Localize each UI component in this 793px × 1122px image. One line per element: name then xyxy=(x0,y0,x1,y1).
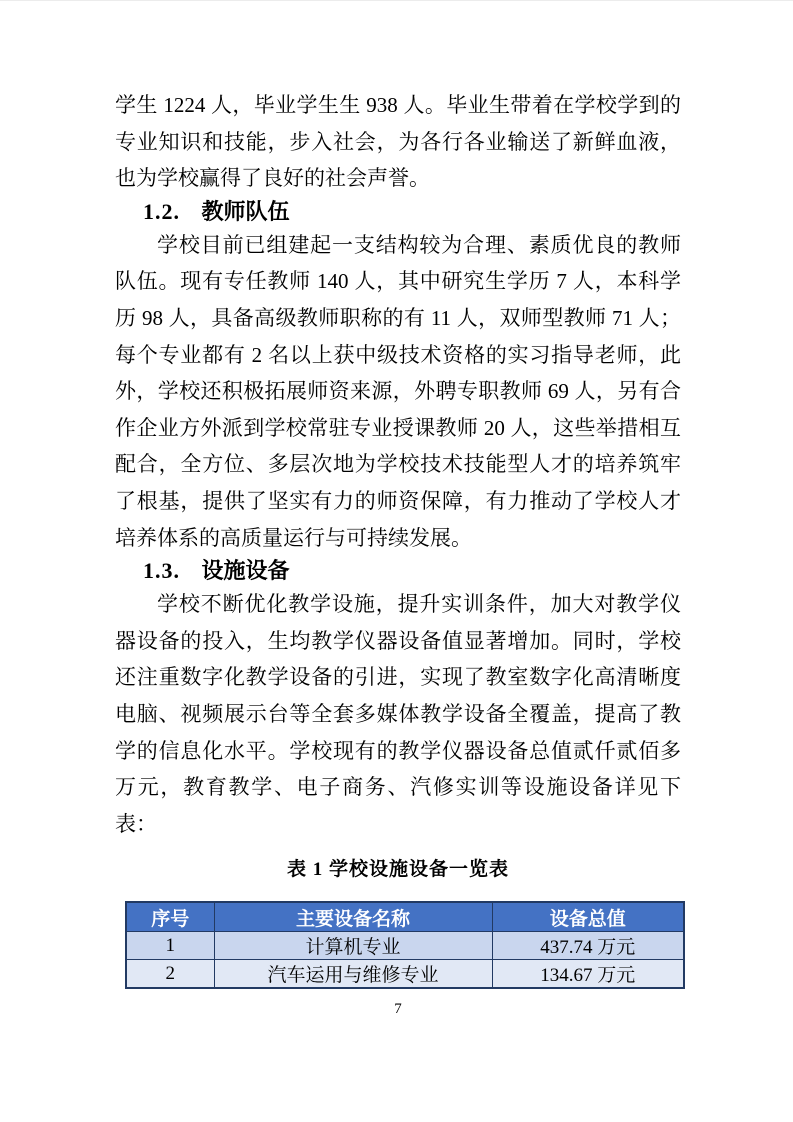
cell-name: 计算机专业 xyxy=(214,932,492,960)
table-header-value: 设备总值 xyxy=(492,902,684,932)
facilities-table: 序号 主要设备名称 设备总值 1 计算机专业 437.74 万元 2 汽车运用与… xyxy=(125,901,685,989)
document-page: 学生 1224 人，毕业学生生 938 人。毕业生带着在学校学到的专业知识和技能… xyxy=(0,0,793,1122)
paragraph-teachers: 学校目前已组建起一支结构较为合理、素质优良的教师队伍。现有专任教师 140 人，… xyxy=(115,227,681,556)
table-header-row: 序号 主要设备名称 设备总值 xyxy=(126,902,684,932)
section-number-teachers: 1.2. xyxy=(143,199,180,224)
table-header-no: 序号 xyxy=(126,902,214,932)
section-heading-teachers: 1.2. 教师队伍 xyxy=(115,197,681,227)
table-row: 1 计算机专业 437.74 万元 xyxy=(126,932,684,960)
cell-value: 437.74 万元 xyxy=(492,932,684,960)
section-number-facilities: 1.3. xyxy=(143,558,180,583)
cell-value: 134.67 万元 xyxy=(492,960,684,989)
section-title-facilities: 设施设备 xyxy=(202,558,290,583)
table-caption: 表 1 学校设施设备一览表 xyxy=(115,854,681,881)
cell-no: 1 xyxy=(126,932,214,960)
page-number: 7 xyxy=(115,1001,681,1018)
cell-no: 2 xyxy=(126,960,214,989)
cell-name: 汽车运用与维修专业 xyxy=(214,960,492,989)
table-row: 2 汽车运用与维修专业 134.67 万元 xyxy=(126,960,684,989)
section-heading-facilities: 1.3. 设施设备 xyxy=(115,556,681,586)
paragraph-facilities: 学校不断优化教学设施，提升实训条件，加大对教学仪器设备的投入，生均教学仪器设备值… xyxy=(115,586,681,842)
table-header-name: 主要设备名称 xyxy=(214,902,492,932)
paragraph-graduates-continuation: 学生 1224 人，毕业学生生 938 人。毕业生带着在学校学到的专业知识和技能… xyxy=(115,87,681,197)
section-title-teachers: 教师队伍 xyxy=(202,199,290,224)
